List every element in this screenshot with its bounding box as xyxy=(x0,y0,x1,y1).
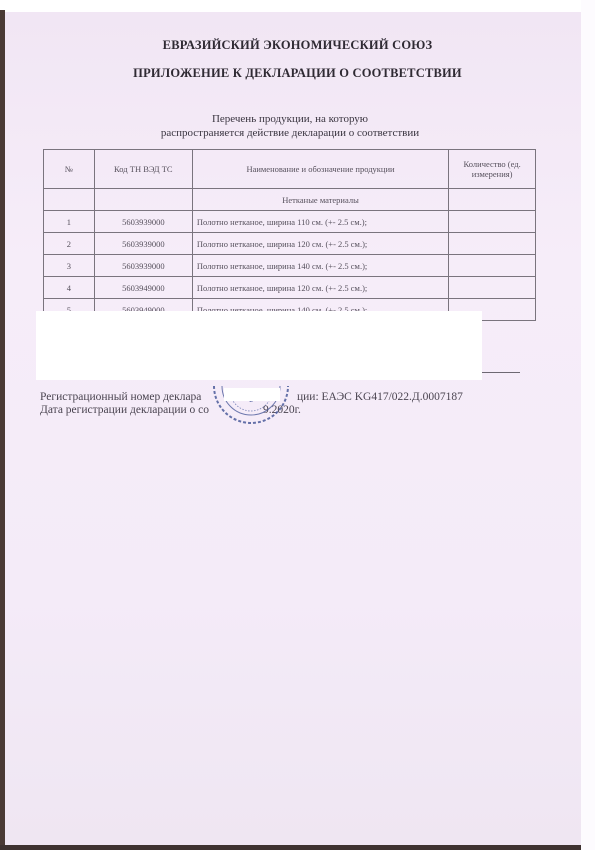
list-subtitle-line2: распространяется действие декларации о с… xyxy=(0,126,580,140)
table-header-row: № Код ТН ВЭД ТС Наименование и обозначен… xyxy=(44,150,536,189)
product-name: Полотно нетканое, ширина 120 см. (+- 2.5… xyxy=(192,233,448,255)
table-row: 15603939000Полотно нетканое, ширина 110 … xyxy=(44,211,536,233)
product-name: Полотно нетканое, ширина 120 см. (+- 2.5… xyxy=(192,277,448,299)
list-subtitle-line1: Перечень продукции, на которую xyxy=(0,112,580,126)
background-right xyxy=(581,0,595,850)
column-header-number: № xyxy=(44,150,95,189)
hs-code: 5603939000 xyxy=(94,255,192,277)
quantity xyxy=(449,233,536,255)
signature-line xyxy=(482,372,520,373)
table-row: 35603939000Полотно нетканое, ширина 140 … xyxy=(44,255,536,277)
quantity xyxy=(449,277,536,299)
row-number: 4 xyxy=(44,277,95,299)
column-header-code: Код ТН ВЭД ТС xyxy=(94,150,192,189)
table-cell xyxy=(44,189,95,211)
row-number: 3 xyxy=(44,255,95,277)
table-row: 25603939000Полотно нетканое, ширина 120 … xyxy=(44,233,536,255)
table-cell xyxy=(449,189,536,211)
registration-number-label: Регистрационный номер деклара xyxy=(40,391,201,403)
row-number: 1 xyxy=(44,211,95,233)
official-stamp-icon: 2 xyxy=(210,380,292,424)
appendix-title: ПРИЛОЖЕНИЕ К ДЕКЛАРАЦИИ О СООТВЕТСТВИИ xyxy=(0,66,595,81)
background-bottom-edge xyxy=(0,845,595,850)
quantity xyxy=(449,255,536,277)
column-header-quantity: Количество (ед. измерения) xyxy=(449,150,536,189)
redacted-area xyxy=(36,311,482,380)
hs-code: 5603949000 xyxy=(94,277,192,299)
hs-code: 5603939000 xyxy=(94,211,192,233)
hs-code: 5603939000 xyxy=(94,233,192,255)
product-name: Полотно нетканое, ширина 140 см. (+- 2.5… xyxy=(192,255,448,277)
product-name: Полотно нетканое, ширина 110 см. (+- 2.5… xyxy=(192,211,448,233)
table-row: 45603949000Полотно нетканое, ширина 120 … xyxy=(44,277,536,299)
products-table: № Код ТН ВЭД ТС Наименование и обозначен… xyxy=(43,149,536,321)
registration-date-label: Дата регистрации декларации о со xyxy=(40,404,209,416)
registration-number-value: ции: ЕАЭС KG417/022.Д.0007187 xyxy=(297,391,463,403)
group-label: Нетканые материалы xyxy=(192,189,448,211)
table-cell xyxy=(94,189,192,211)
union-title: ЕВРАЗИЙСКИЙ ЭКОНОМИЧЕСКИЙ СОЮЗ xyxy=(0,38,595,53)
column-header-name: Наименование и обозначение продукции xyxy=(192,150,448,189)
quantity xyxy=(449,211,536,233)
redacted-area-small xyxy=(224,388,280,401)
table-group-row: Нетканые материалы xyxy=(44,189,536,211)
row-number: 2 xyxy=(44,233,95,255)
